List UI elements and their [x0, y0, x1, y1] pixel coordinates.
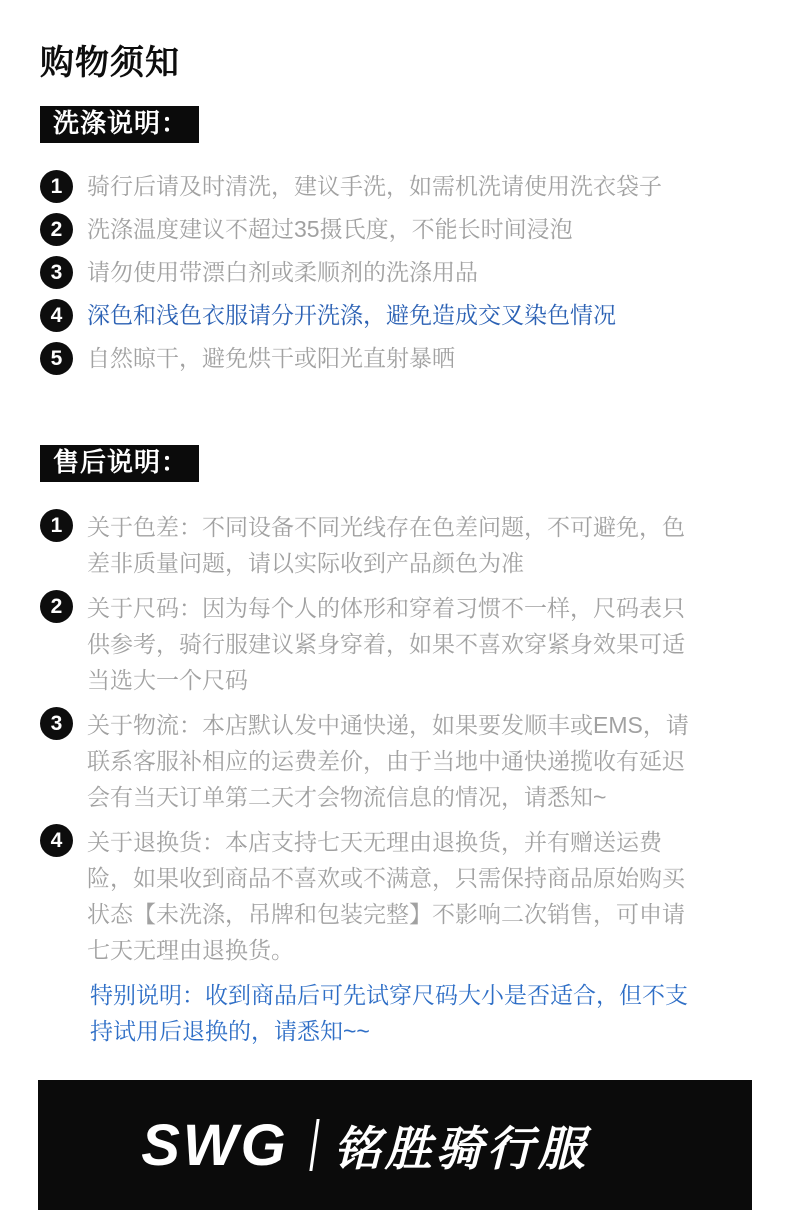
- washing-item-text: 自然晾干，避免烘干或阳光直射暴晒: [87, 342, 455, 375]
- aftersales-item-text: 关于尺码：因为每个人的体形和穿着习惯不一样，尺码表只供参考，骑行服建议紧身穿着，…: [87, 590, 699, 698]
- washing-item-text: 洗涤温度建议不超过35摄氏度，不能长时间浸泡: [87, 213, 573, 246]
- aftersales-section-label: 售后说明：: [40, 445, 199, 482]
- list-item: 3 请勿使用带漂白剂或柔顺剂的洗涤用品: [40, 256, 750, 289]
- number-badge: 2: [40, 213, 73, 246]
- list-item: 1 骑行后请及时清洗，建议手洗，如需机洗请使用洗衣袋子: [40, 170, 750, 203]
- washing-section-label: 洗涤说明：: [40, 106, 199, 143]
- brand-logo: SWG: [141, 1112, 289, 1179]
- brand-divider: [309, 1119, 319, 1171]
- number-badge: 4: [40, 824, 73, 857]
- number-badge: 3: [40, 707, 73, 740]
- number-badge: 3: [40, 256, 73, 289]
- number-badge: 2: [40, 590, 73, 623]
- list-item: 3 关于物流：本店默认发中通快递，如果要发顺丰或EMS，请联系客服补相应的运费差…: [40, 707, 750, 815]
- list-item: 2 洗涤温度建议不超过35摄氏度，不能长时间浸泡: [40, 213, 750, 246]
- number-badge: 5: [40, 342, 73, 375]
- aftersales-item-text: 关于退换货：本店支持七天无理由退换货，并有赠送运费险，如果收到商品不喜欢或不满意…: [87, 824, 699, 968]
- washing-item-text: 骑行后请及时清洗，建议手洗，如需机洗请使用洗衣袋子: [87, 170, 662, 203]
- brand-name-chinese: 铭胜骑行服: [334, 1112, 589, 1179]
- list-item: 4 深色和浅色衣服请分开洗涤，避免造成交叉染色情况: [40, 299, 750, 332]
- aftersales-item-text: 关于物流：本店默认发中通快递，如果要发顺丰或EMS，请联系客服补相应的运费差价，…: [87, 707, 699, 815]
- washing-item-text: 请勿使用带漂白剂或柔顺剂的洗涤用品: [87, 256, 478, 289]
- aftersales-list: 1 关于色差：不同设备不同光线存在色差问题，不可避免，色差非质量问题，请以实际收…: [40, 509, 750, 968]
- list-item: 4 关于退换货：本店支持七天无理由退换货，并有赠送运费险，如果收到商品不喜欢或不…: [40, 824, 750, 968]
- washing-list: 1 骑行后请及时清洗，建议手洗，如需机洗请使用洗衣袋子 2 洗涤温度建议不超过3…: [40, 170, 750, 375]
- aftersales-item-text: 关于色差：不同设备不同光线存在色差问题，不可避免，色差非质量问题，请以实际收到产…: [87, 509, 699, 581]
- number-badge: 1: [40, 170, 73, 203]
- special-note: 特别说明：收到商品后可先试穿尺码大小是否适合，但不支持试用后退换的，请悉知~~: [90, 977, 704, 1049]
- list-item: 2 关于尺码：因为每个人的体形和穿着习惯不一样，尺码表只供参考，骑行服建议紧身穿…: [40, 590, 750, 698]
- number-badge: 4: [40, 299, 73, 332]
- list-item: 5 自然晾干，避免烘干或阳光直射暴晒: [40, 342, 750, 375]
- washing-item-text-highlighted: 深色和浅色衣服请分开洗涤，避免造成交叉染色情况: [87, 299, 616, 332]
- number-badge: 1: [40, 509, 73, 542]
- page-title: 购物须知: [40, 45, 750, 81]
- brand-footer-banner: SWG 铭胜骑行服: [38, 1080, 752, 1210]
- shopping-notice-page: 购物须知 洗涤说明： 1 骑行后请及时清洗，建议手洗，如需机洗请使用洗衣袋子 2…: [0, 45, 790, 1049]
- list-item: 1 关于色差：不同设备不同光线存在色差问题，不可避免，色差非质量问题，请以实际收…: [40, 509, 750, 581]
